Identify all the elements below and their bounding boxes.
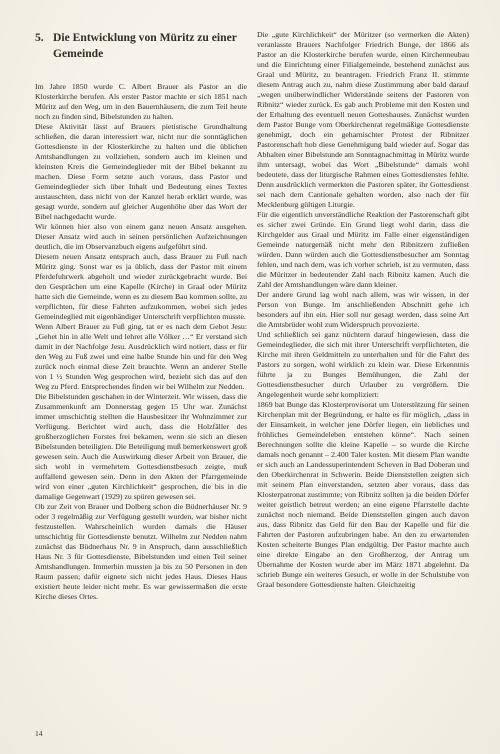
paragraph: Wenn Albert Brauer zu Fuß ging, tat er e… [35,322,247,392]
paragraph: Und schließlich sei ganz nüchtern darauf… [257,330,469,400]
section-number: 5. [35,30,53,62]
paragraph: 1869 bat Bunge das Klosterprovisorat um … [257,400,469,590]
section-title: Die Entwicklung von Müritz zu einer Geme… [53,30,247,62]
section-heading: 5. Die Entwicklung von Müritz zu einer G… [35,30,247,62]
left-column: 5. Die Entwicklung von Müritz zu einer G… [35,30,247,602]
paragraph: Wir können hier also von einem ganz neue… [35,222,247,252]
text-columns: 5. Die Entwicklung von Müritz zu einer G… [35,30,469,602]
paragraph: Der andere Grund lag wohl nach allem, wa… [257,290,469,330]
document-page: 5. Die Entwicklung von Müritz zu einer G… [0,0,500,754]
right-column: Die „gute Kirchlichkeit“ der Müritzer (s… [257,30,469,602]
paragraph: Ob zur Zeit von Brauer und Dolberg schon… [35,502,247,602]
paragraph: Diesem neuen Ansatz entsprach auch, dass… [35,252,247,322]
paragraph: Diese Aktivität lässt auf Brauers pietis… [35,122,247,222]
paragraph: Im Jahre 1850 wurde C. Albert Brauer als… [35,82,247,122]
paragraph: Die Bibelstunden geschahen in der Winter… [35,392,247,502]
page-number: 14 [35,729,43,738]
paragraph: Für die eigentlich unverständliche Reakt… [257,210,469,290]
paragraph: Die „gute Kirchlichkeit“ der Müritzer (s… [257,30,469,210]
